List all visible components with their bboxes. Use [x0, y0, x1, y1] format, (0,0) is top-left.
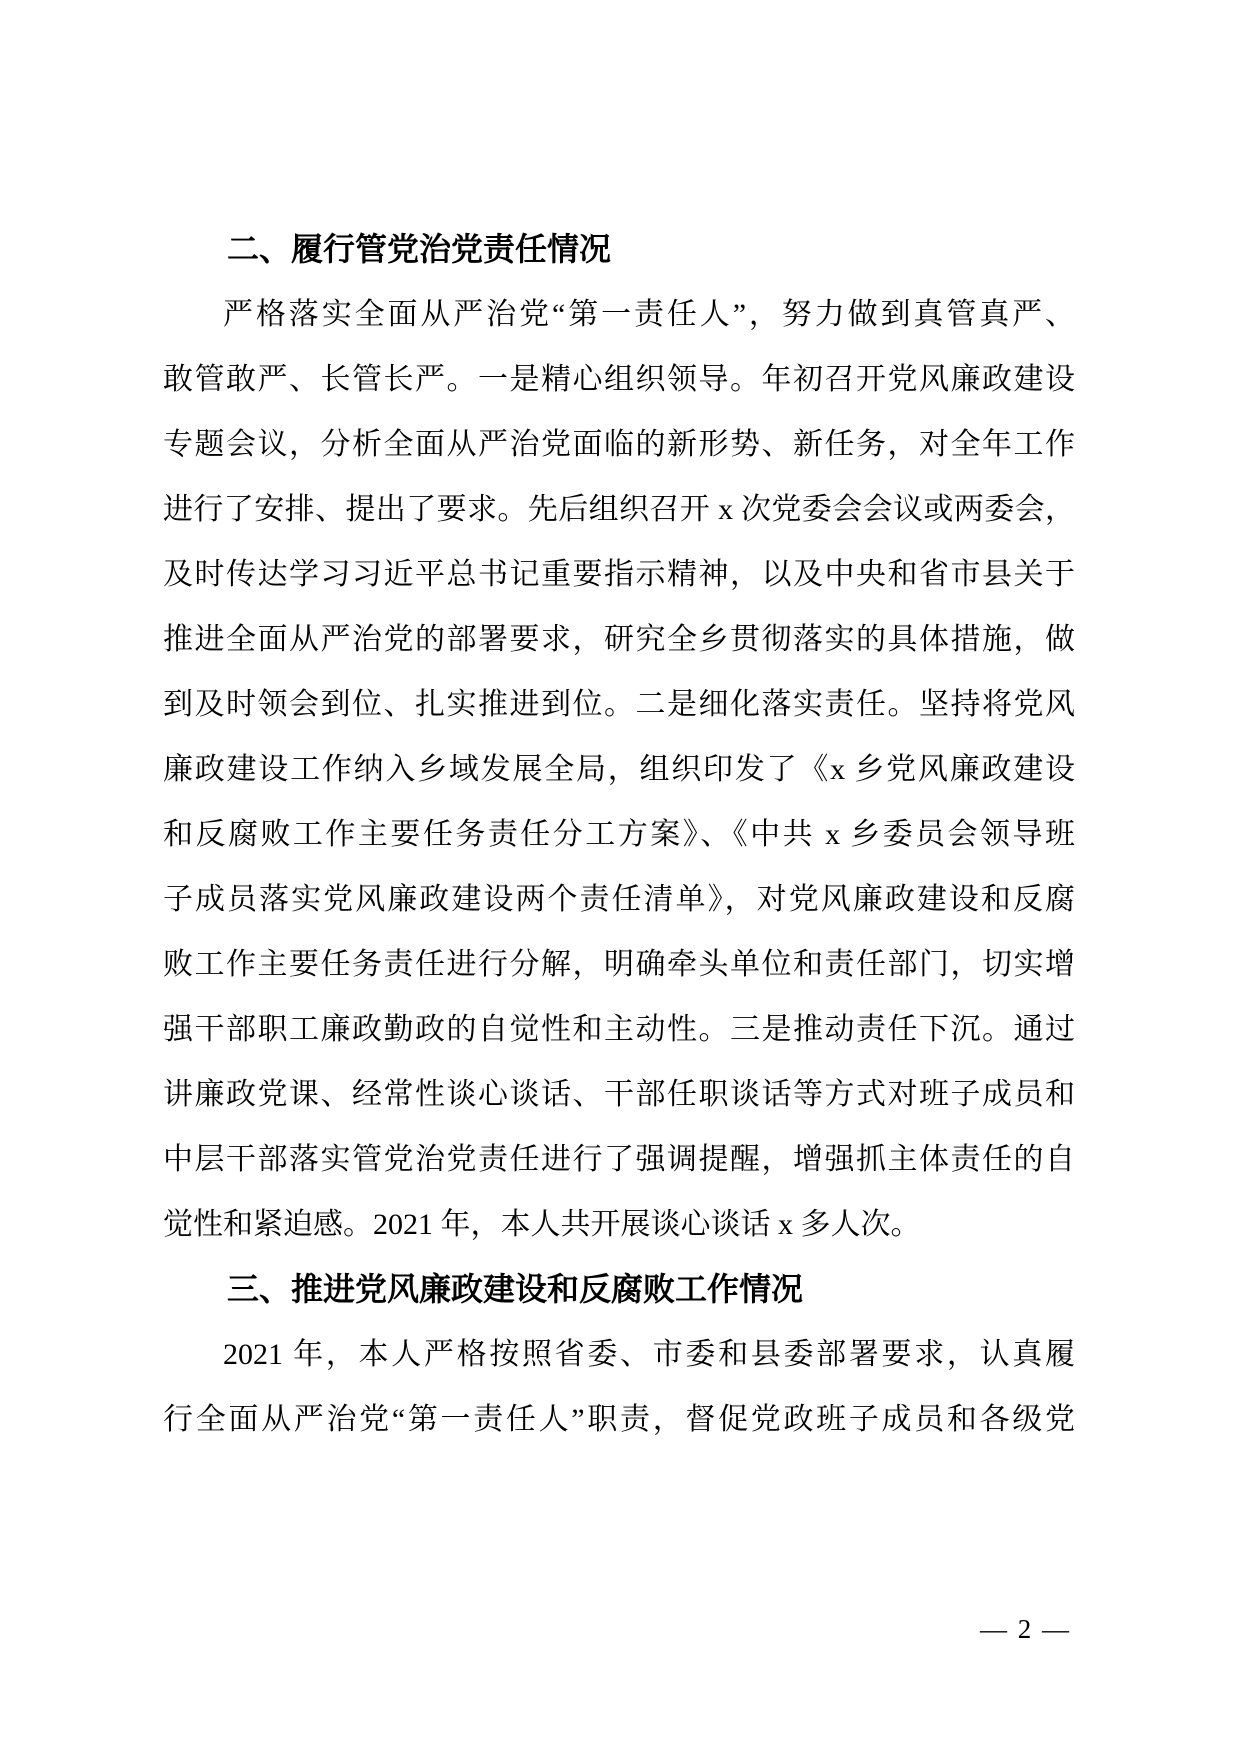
paragraph-line: 严格落实全面从严治党“第一责任人”，努力做到真管真严、	[163, 282, 1075, 347]
paragraph-line: 进行了安排、提出了要求。先后组织召开 x 次党委会会议或两委会，	[163, 477, 1075, 542]
paragraph-line: 中层干部落实管党治党责任进行了强调提醒，增强抓主体责任的自	[163, 1127, 1075, 1192]
paragraph-line: 专题会议，分析全面从严治党面临的新形势、新任务，对全年工作	[163, 412, 1075, 477]
paragraph-line: 讲廉政党课、经常性谈心谈话、干部任职谈话等方式对班子成员和	[163, 1062, 1075, 1127]
paragraph-line: 廉政建设工作纳入乡域发展全局，组织印发了《x 乡党风廉政建设	[163, 737, 1075, 802]
paragraph-line: 敢管敢严、长管长严。一是精心组织领导。年初召开党风廉政建设	[163, 347, 1075, 412]
document-page: 二、履行管党治党责任情况 严格落实全面从严治党“第一责任人”，努力做到真管真严、…	[0, 0, 1241, 1755]
document-content: 二、履行管党治党责任情况 严格落实全面从严治党“第一责任人”，努力做到真管真严、…	[163, 217, 1075, 1452]
paragraph-line: 败工作主要任务责任进行分解，明确牵头单位和责任部门，切实增	[163, 932, 1075, 997]
paragraph-line: 觉性和紧迫感。2021 年，本人共开展谈心谈话 x 多人次。	[163, 1192, 1075, 1257]
section-heading-3: 三、推进党风廉政建设和反腐败工作情况	[163, 1257, 1075, 1322]
paragraph-line: 到及时领会到位、扎实推进到位。二是细化落实责任。坚持将党风	[163, 672, 1075, 737]
paragraph-line: 强干部职工廉政勤政的自觉性和主动性。三是推动责任下沉。通过	[163, 997, 1075, 1062]
paragraph-line: 推进全面从严治党的部署要求，研究全乡贯彻落实的具体措施，做	[163, 607, 1075, 672]
paragraph-line: 行全面从严治党“第一责任人”职责，督促党政班子成员和各级党	[163, 1387, 1075, 1452]
paragraph-line: 和反腐败工作主要任务责任分工方案》、《中共 x 乡委员会领导班	[163, 802, 1075, 867]
section-heading-2: 二、履行管党治党责任情况	[163, 217, 1075, 282]
page-number: — 2 —	[980, 1597, 1071, 1662]
paragraph-line: 及时传达学习习近平总书记重要指示精神，以及中央和省市县关于	[163, 542, 1075, 607]
paragraph-line: 子成员落实党风廉政建设两个责任清单》，对党风廉政建设和反腐	[163, 867, 1075, 932]
paragraph-line: 2021 年，本人严格按照省委、市委和县委部署要求，认真履	[163, 1322, 1075, 1387]
